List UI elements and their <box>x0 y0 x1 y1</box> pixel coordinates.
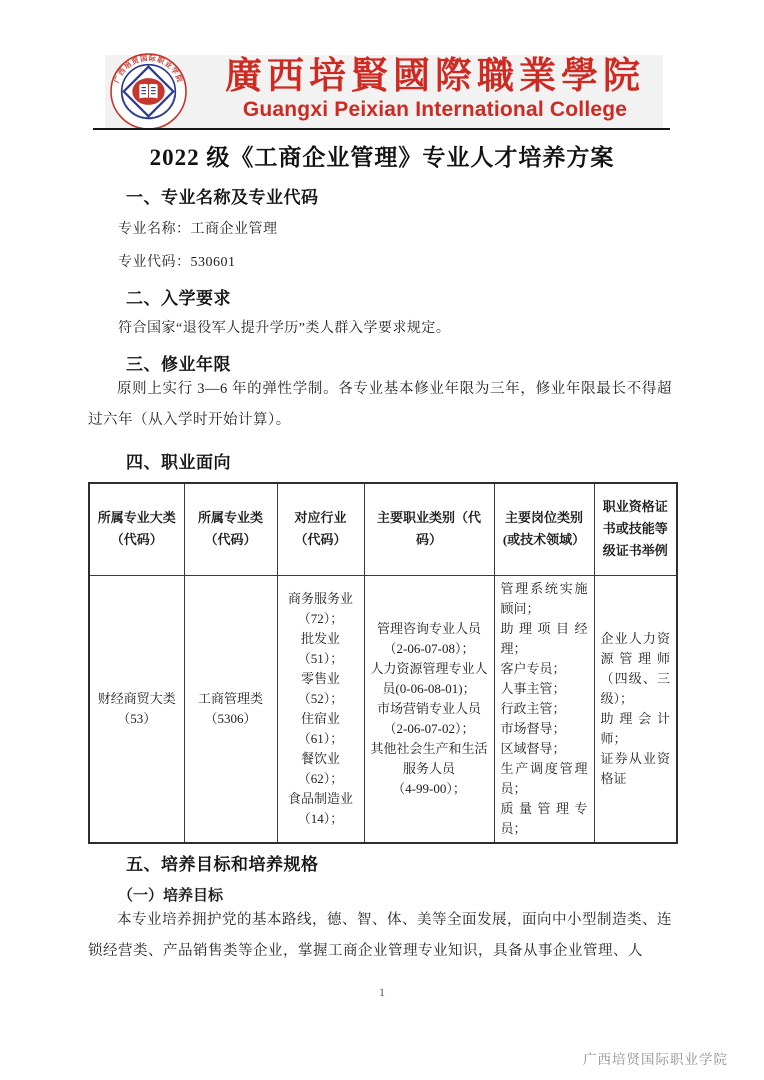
page-title: 2022 级《工商企业管理》专业人才培养方案 <box>0 139 764 172</box>
page-number: 1 <box>0 985 764 1000</box>
table-cell-occupation-category: 管理咨询专业人员 （2-06-07-08）； 人力资源管理专业人员(0-06-0… <box>364 575 494 843</box>
table-header-post-category: 主要岗位类别(或技术领域） <box>494 483 594 575</box>
section-heading-training-objectives: 五、培养目标和培养规格 <box>126 850 319 875</box>
table-cell-major-category: 财经商贸大类 （53） <box>89 575 184 843</box>
table-row: 财经商贸大类 （53） 工商管理类 （5306） 商务服务业 （72）； 批发业… <box>89 575 677 843</box>
section-heading-career-orientation: 四、职业面向 <box>126 448 231 473</box>
document-page: 广西培贤国际职业学院 GUANGXI PEIXIAN INTERNATIONAL… <box>0 0 764 1080</box>
table-cell-major-class: 工商管理类 （5306） <box>184 575 277 843</box>
college-emblem-icon: 广西培贤国际职业学院 GUANGXI PEIXIAN INTERNATIONAL… <box>109 52 188 131</box>
study-duration-text: 原则上实行 3—6 年的弹性学制。各专业基本修业年限为三年，修业年限最长不得超过… <box>88 374 672 436</box>
section-heading-admission-requirements: 二、入学要求 <box>126 284 231 309</box>
table-header-major-class: 所属专业类（代码） <box>184 483 277 575</box>
logo-wordmark: 廣西培賢國際職業學院 Guangxi Peixian International… <box>209 56 661 122</box>
college-logo: 广西培贤国际职业学院 GUANGXI PEIXIAN INTERNATIONAL… <box>105 55 663 128</box>
table-cell-certificates: 企业人力资源管理师（四级、三级）； 助理会计师； 证券从业资格证 <box>594 575 677 843</box>
major-code-line: 专业代码：530601 <box>118 251 236 271</box>
table-header-row: 所属专业大类（代码） 所属专业类（代码） 对应行业（代码） 主要职业类别（代码）… <box>89 483 677 575</box>
college-watermark: 广西培贤国际职业学院 <box>583 1048 728 1068</box>
logo-english-name: Guangxi Peixian International College <box>209 98 661 122</box>
table-header-certificates: 职业资格证书或技能等级证书举例 <box>594 483 677 575</box>
admission-requirements-text: 符合国家“退役军人提升学历”类人群入学要求规定。 <box>118 317 450 337</box>
major-name-line: 专业名称：工商企业管理 <box>118 218 278 238</box>
subsection-heading-training-objectives: （一）培养目标 <box>118 884 223 905</box>
section-heading-study-duration: 三、修业年限 <box>126 350 231 375</box>
logo-chinese-name: 廣西培賢國際職業學院 <box>209 56 661 98</box>
header-divider <box>93 128 670 130</box>
table-header-occupation-category: 主要职业类别（代码） <box>364 483 494 575</box>
table-header-industry: 对应行业（代码） <box>277 483 364 575</box>
table-cell-post-category: 管理系统实施顾问； 助理项目经理； 客户专员； 人事主管； 行政主管； 市场督导… <box>494 575 594 843</box>
section-heading-major-name-code: 一、专业名称及专业代码 <box>126 183 319 208</box>
table-header-major-category: 所属专业大类（代码） <box>89 483 184 575</box>
table-cell-industry: 商务服务业 （72）； 批发业 （51）； 零售业 （52）； 住宿业 （61）… <box>277 575 364 843</box>
training-objectives-text: 本专业培养拥护党的基本路线，德、智、体、美等全面发展，面向中小型制造类、连锁经营… <box>88 905 672 967</box>
career-orientation-table: 所属专业大类（代码） 所属专业类（代码） 对应行业（代码） 主要职业类别（代码）… <box>88 482 678 844</box>
